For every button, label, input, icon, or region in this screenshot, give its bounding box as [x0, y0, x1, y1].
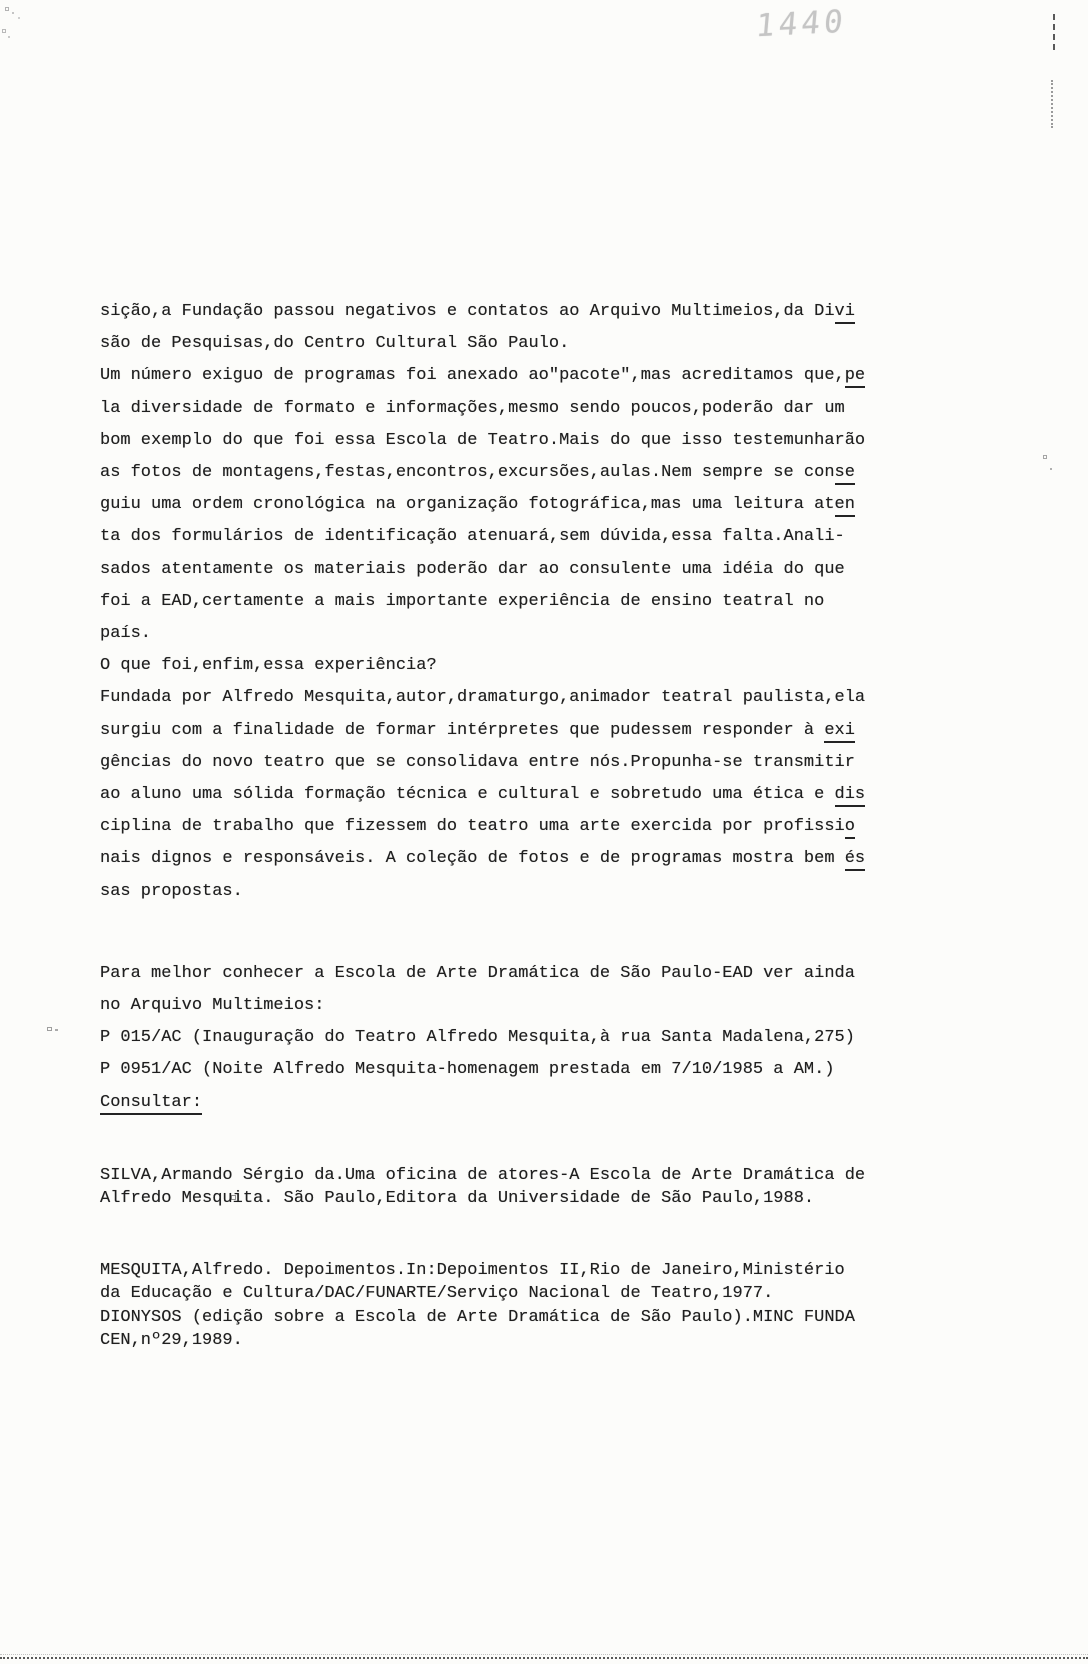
typewritten-line: no Arquivo Multimeios:: [100, 990, 930, 1022]
typewritten-line: sas propostas.: [100, 876, 930, 908]
typewritten-line: surgiu com a finalidade de formar intérp…: [100, 715, 930, 747]
typewritten-line: gências do novo teatro que se consolidav…: [100, 747, 930, 779]
page-number-stamp: 1440: [754, 4, 848, 45]
document-body: sição,a Fundação passou negativos e cont…: [100, 258, 930, 1391]
scan-edge-dots-icon: [1051, 80, 1053, 128]
typewritten-line: ao aluno uma sólida formação técnica e c…: [100, 779, 930, 811]
scan-speck: [48, 1028, 51, 1030]
typewritten-line: Fundada por Alfredo Mesquita,autor,drama…: [100, 682, 930, 714]
underlined-text: se: [835, 463, 855, 485]
typewritten-line: são de Pesquisas,do Centro Cultural São …: [100, 328, 930, 360]
typewritten-line: O que foi,enfim,essa experiência?: [100, 650, 930, 682]
main-paragraph-block: sição,a Fundação passou negativos e cont…: [100, 296, 930, 908]
typewritten-line: Para melhor conhecer a Escola de Arte Dr…: [100, 958, 930, 990]
typewritten-line: SILVA,Armando Sérgio da.Uma oficina de a…: [100, 1164, 930, 1188]
archive-reference-block: Para melhor conhecer a Escola de Arte Dr…: [100, 958, 930, 1119]
underlined-text: Consultar:: [100, 1093, 202, 1115]
underlined-text: dis: [835, 785, 866, 807]
underlined-text: pe: [845, 366, 865, 388]
underlined-text: en: [835, 495, 855, 517]
typewritten-line: sição,a Fundação passou negativos e cont…: [100, 296, 930, 328]
typewritten-line: P 015/AC (Inauguração do Teatro Alfredo …: [100, 1022, 930, 1054]
typewritten-line: DIONYSOS (edição sobre a Escola de Arte …: [100, 1306, 930, 1330]
typewritten-line: Um número exiguo de programas foi anexad…: [100, 360, 930, 392]
underlined-text: és: [845, 849, 865, 871]
bibliography-entry-silva: SILVA,Armando Sérgio da.Uma oficina de a…: [100, 1164, 930, 1211]
underlined-text: exi: [824, 721, 855, 743]
typewritten-line: ciplina de trabalho que fizessem do teat…: [100, 811, 930, 843]
scan-speck: [6, 8, 8, 10]
typewritten-line: P 0951/AC (Noite Alfredo Mesquita-homena…: [100, 1054, 930, 1086]
typewritten-line: da Educação e Cultura/DAC/FUNARTE/Serviç…: [100, 1282, 930, 1306]
scan-bottom-edge-noise: [0, 1657, 1088, 1659]
bibliography-entries-mesquita-dionysos: MESQUITA,Alfredo. Depoimentos.In:Depoime…: [100, 1259, 930, 1353]
scan-bottom-edge-noise: [0, 1654, 1088, 1655]
typewritten-line: bom exemplo do que foi essa Escola de Te…: [100, 425, 930, 457]
typewritten-line: CEN,nº29,1989.: [100, 1329, 930, 1353]
typewritten-line: MESQUITA,Alfredo. Depoimentos.In:Depoime…: [100, 1259, 930, 1283]
scan-speck: [3, 30, 5, 32]
typewritten-line: as fotos de montagens,festas,encontros,e…: [100, 457, 930, 489]
underlined-text: vi: [835, 302, 855, 324]
scanned-document-page: 1440 sição,a Fundação passou negativos e…: [0, 0, 1088, 1664]
typewritten-line: Alfredo Mesquita. São Paulo,Editora da U…: [100, 1187, 930, 1211]
typewritten-line: ta dos formulários de identificação aten…: [100, 521, 930, 553]
typewritten-line: sados atentamente os materiais poderão d…: [100, 554, 930, 586]
typewritten-line: país.: [100, 618, 930, 650]
typewritten-line: la diversidade de formato e informações,…: [100, 393, 930, 425]
scan-speck: [1044, 456, 1046, 458]
typewritten-line: guiu uma ordem cronológica na organizaçã…: [100, 489, 930, 521]
scan-edge-dashes-icon: [1053, 14, 1055, 50]
typewritten-line: nais dignos e responsáveis. A coleção de…: [100, 843, 930, 875]
typewritten-line: Consultar:: [100, 1087, 930, 1119]
typewritten-line: foi a EAD,certamente a mais importante e…: [100, 586, 930, 618]
underlined-text: o: [845, 817, 855, 839]
